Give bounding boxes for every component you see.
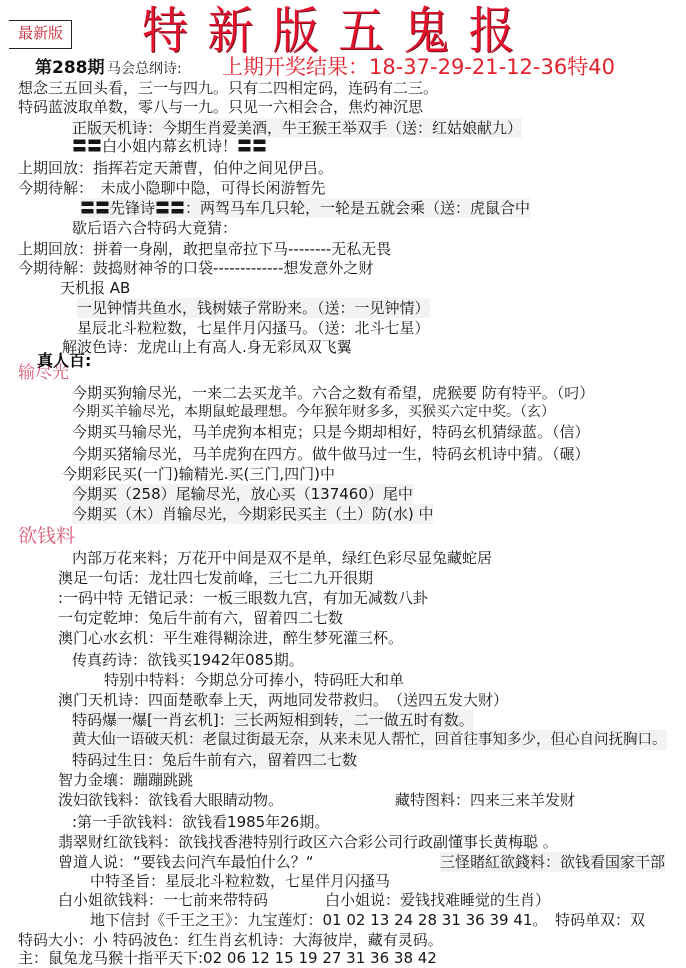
issue-number: 第288期 (35, 58, 105, 78)
text-line: 曾道人说：“要钱去问汽车最怕什么？“ (58, 852, 314, 872)
text-line: 今期买马输尽光，马羊虎狗本相克；只是今期却相好，特码玄机猜绿蓝。（信） (72, 422, 590, 442)
last-draw-result: 上期开奖结果：18-37-29-21-12-36特40 (222, 54, 615, 80)
text-line: 特码大小：小 特码波色：红生肖玄机诗：大海彼岸，藏有灵码。 (18, 930, 443, 950)
text-line: 解波色诗：龙虎山上有高人.身无彩凤双飞翼 (62, 337, 352, 357)
text-line: 藏特图料：四来三来羊发财 (395, 790, 575, 810)
text-line: 星辰北斗粒粒数，七星伴月闪搔马。（送：北斗七星） (77, 318, 430, 338)
text-line: 一见钟情共鱼水，钱树婊子常盼来。（送：一见钟情） (77, 298, 430, 318)
text-line: 中特圣旨：星辰北斗粒粒数，七星伴月闪搔马 (90, 871, 390, 891)
text-line: 澳门心水玄机：平生难得糊涂进，醉生梦死灌三杯。 (58, 628, 403, 648)
text-line: 三怪賭紅欲錢料：欲钱看国家干部 (440, 852, 665, 872)
text-line: 正版天机诗：今期生肖爱美酒，牛王猴王举双手（送：红姑娘献九） (72, 118, 522, 138)
text-line: 今期待解： 未成小隐聊中隐，可得长闲游暂先 (18, 178, 326, 198)
text-line: 地下信封《千王之王》：九宝莲灯：01 02 13 24 28 31 36 39 … (90, 910, 547, 930)
text-line: 白小姐欲钱料：一七前来带特码 (58, 890, 268, 910)
text-line: 上期回放：拼着一身剐，敢把皇帝拉下马--------无私无畏 (18, 239, 391, 259)
text-line: 主：鼠兔龙马猴十指平天下:02 06 12 15 19 27 31 36 38 … (18, 948, 437, 968)
text-line: :第一手欲钱料：欲钱看1985年26期。 (72, 812, 329, 832)
text-line: 泼妇欲钱料：欲钱看大眼睛动物。 (58, 790, 283, 810)
text-line: 上期回放：指挥若定天萧曹，伯仲之间见伊吕。 (18, 158, 333, 178)
section-heading-zhenren: 真人百: (37, 351, 91, 371)
text-line: 特码过生日：兔后牛前有六，留着四二七数 (72, 750, 357, 770)
text-line: 〓〓先锋诗〓〓：两驾马车几只轮，一轮是五就会乘（送：虎鼠合中 (80, 198, 530, 218)
text-line: 想念三五回头看，三一与四九。只有二四相定码，连码有二三。 (18, 78, 438, 98)
edition-badge-label: 最新版 (18, 22, 63, 44)
text-line: 今期买狗输尽光，一来二去买龙羊。六合之数有希望，虎猴要 防有特平。（叼） (72, 383, 594, 403)
text-line: 特码爆一爆[一肖玄机]：三长两短相到转，二一做五时有数。 (72, 710, 474, 730)
text-line: 智力金壤：蹦蹦跳跳 (58, 770, 193, 790)
text-line: 今期买猪输尽光，马羊虎狗在四方。做牛做马过一生，特码玄机诗中猜。（碾） (72, 444, 590, 464)
text-line: 特码单双：双 (555, 910, 645, 930)
text-line: 今期买羊输尽光，本期鼠蛇最理想。今年猴年财多多，买猴买六定中奖。（玄） (72, 402, 555, 422)
text-line: 澳足一句话：龙壮四七发前峰，三七二九开很期 (58, 568, 373, 588)
section-heading-yuqianliao: 欲钱料 (18, 525, 75, 547)
text-line: 传真药诗：欲钱买1942年085期。 (72, 650, 304, 670)
text-line: 今期彩民买(一门)输精光.买(三门,四门)中 (62, 464, 335, 484)
text-line: 今期买（木）肖输尽光，今期彩民买主（土）防(水) 中 (72, 504, 433, 524)
text-line: 特码蓝波取单数，零八与一九。只见一六相会合，焦灼神沉思 (18, 97, 423, 117)
text-line: 白小姐说：爱钱找难睡觉的生肖） (325, 890, 550, 910)
text-line: 澳门天机诗：四面楚歌奉上天，两地同发带救归。 （送四五发大财） (58, 690, 508, 710)
text-line: :一码中特 无错记录：一板三眼数九宫，有加无减数八卦 (58, 588, 428, 608)
text-line: 歇后语六合特码大竟猜： (72, 218, 237, 238)
text-line: 特别中特料：今期总分可捧小，特码旺大和单 (104, 670, 404, 690)
text-line: 天机报 AB (60, 278, 130, 298)
page-title: 特新版五鬼报 (142, 2, 534, 60)
issue-caption: 马会总纲诗: (107, 60, 182, 78)
text-line: 黄大仙一语破天机：老鼠过街最无奈，从来未见人帮忙，回首往事知多少，但心自问抚胸口… (72, 730, 667, 750)
text-line: 今期买（258）尾输尽光，放心买（137460）尾中 (72, 484, 413, 504)
text-line: 一句定乾坤：兔后牛前有六，留着四二七数 (58, 608, 343, 628)
text-line: 今期待解：鼓捣财神爷的口袋-------------想发意外之财 (18, 258, 373, 278)
text-line: 翡翠财红欲钱料：欲钱找香港特别行政区六合彩公司行政副懂事长黄梅聪 。 (58, 832, 558, 852)
text-line: 〓〓白小姐内幕玄机诗！〓〓 (72, 136, 267, 156)
text-line: 内部万花来料；万花开中间是双不是单，绿红色彩尽显兔藏蛇居 (72, 548, 492, 568)
